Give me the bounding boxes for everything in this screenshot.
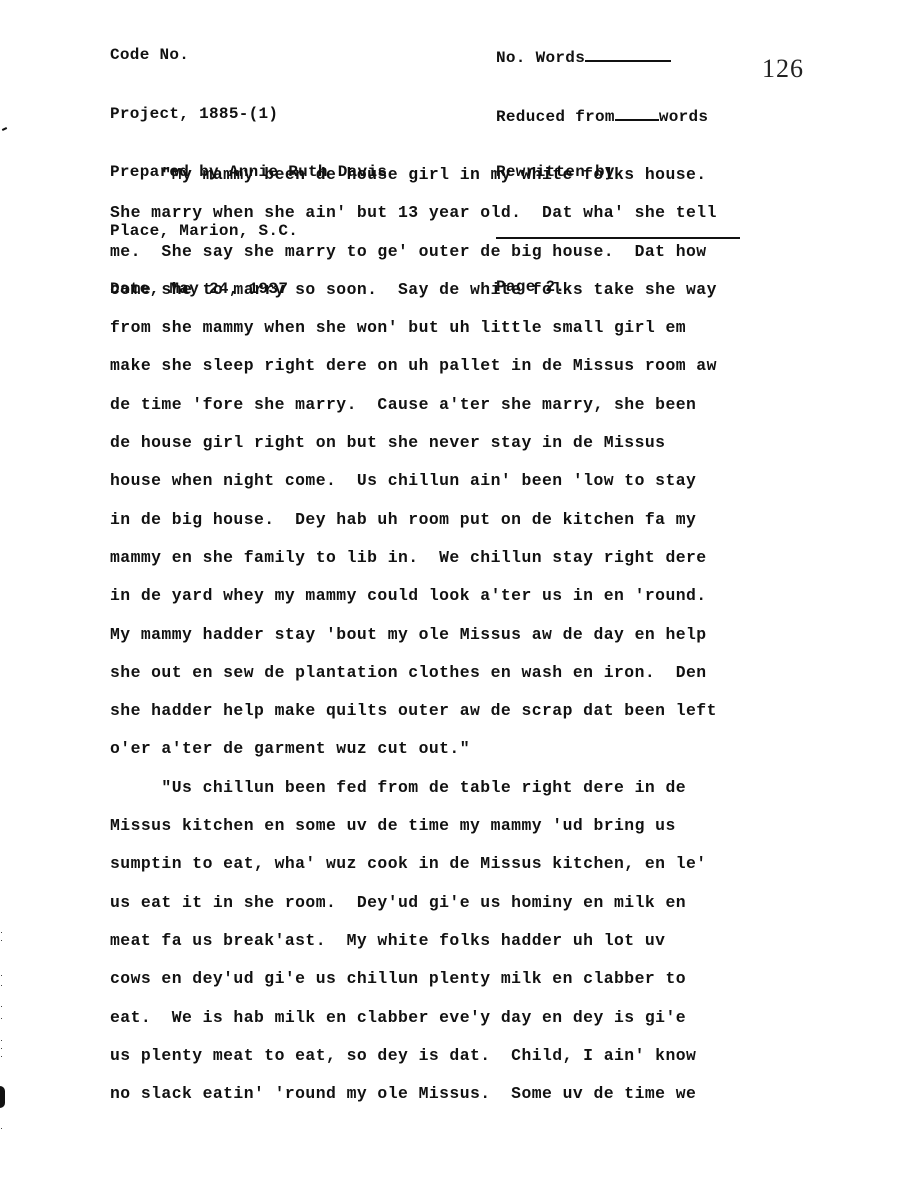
reduced-from-row: Reduced fromwords <box>496 105 740 125</box>
scan-speck <box>1 975 2 976</box>
text-line: "Us chillun been fed from de table right… <box>110 769 790 807</box>
no-words-row: No. Words <box>496 46 740 66</box>
scan-speck <box>1 1018 2 1019</box>
text-line: from she mammy when she won' but uh litt… <box>110 309 790 347</box>
text-line: me. She say she marry to ge' outer de bi… <box>110 233 790 271</box>
scan-speck <box>1 1048 2 1049</box>
text-line: make she sleep right dere on uh pallet i… <box>110 347 790 385</box>
document-page: Code No. Project, 1885-(1) Prepared by A… <box>0 0 900 1199</box>
text-line: us plenty meat to eat, so dey is dat. Ch… <box>110 1037 790 1075</box>
project-number: Project, 1885-(1) <box>110 105 387 125</box>
text-line: sumptin to eat, wha' wuz cook in de Miss… <box>110 845 790 883</box>
text-line: in de big house. Dey hab uh room put on … <box>110 501 790 539</box>
text-line: she out en sew de plantation clothes en … <box>110 654 790 692</box>
margin-ink-blot <box>0 1086 5 1108</box>
no-words-label: No. Words <box>496 49 585 67</box>
words-label: words <box>659 108 709 126</box>
text-line: Missus kitchen en some uv de time my mam… <box>110 807 790 845</box>
text-line: eat. We is hab milk en clabber eve'y day… <box>110 999 790 1037</box>
scan-speck <box>1 1006 2 1007</box>
scan-speck <box>1 1040 2 1041</box>
text-line: come she to marry so soon. Say de white … <box>110 271 790 309</box>
text-line: "My mammy been de house girl in my white… <box>110 156 790 194</box>
text-line: no slack eatin' 'round my ole Missus. So… <box>110 1075 790 1113</box>
scan-speck <box>1 932 2 933</box>
page-stamp-number: 126 <box>762 54 804 84</box>
text-line: o'er a'ter de garment wuz cut out." <box>110 730 790 768</box>
text-line: She marry when she ain' but 13 year old.… <box>110 194 790 232</box>
scan-speck <box>1 1056 2 1057</box>
text-line: in de yard whey my mammy could look a'te… <box>110 577 790 615</box>
text-line: us eat it in she room. Dey'ud gi'e us ho… <box>110 884 790 922</box>
text-line: meat fa us break'ast. My white folks had… <box>110 922 790 960</box>
reduced-from-label: Reduced from <box>496 108 615 126</box>
text-line: house when night come. Us chillun ain' b… <box>110 462 790 500</box>
narrative-text: "My mammy been de house girl in my white… <box>110 156 790 1113</box>
scan-speck <box>1 985 2 986</box>
text-line: mammy en she family to lib in. We chillu… <box>110 539 790 577</box>
text-line: cows en dey'ud gi'e us chillun plenty mi… <box>110 960 790 998</box>
margin-mark <box>2 127 7 131</box>
code-number: Code No. <box>110 46 387 66</box>
text-line: My mammy hadder stay 'bout my ole Missus… <box>110 616 790 654</box>
text-line: de time 'fore she marry. Cause a'ter she… <box>110 386 790 424</box>
text-line: she hadder help make quilts outer aw de … <box>110 692 790 730</box>
scan-speck <box>1 1128 2 1129</box>
text-line: de house girl right on but she never sta… <box>110 424 790 462</box>
reduced-from-blank <box>615 105 659 121</box>
no-words-blank <box>585 46 671 62</box>
scan-speck <box>1 940 2 941</box>
